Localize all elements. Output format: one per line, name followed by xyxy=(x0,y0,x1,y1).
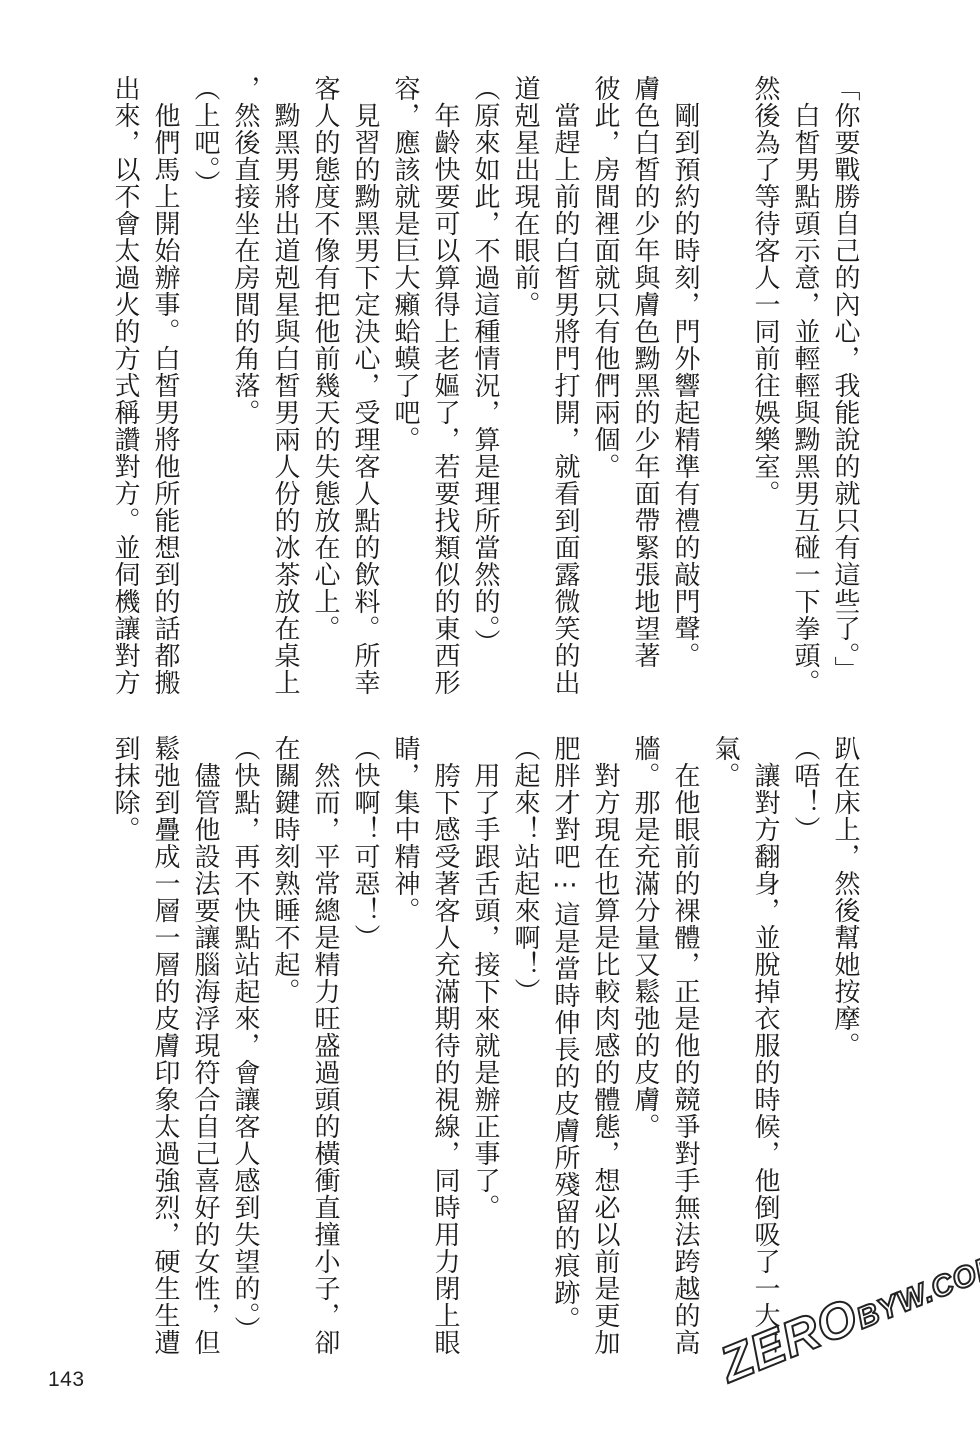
text-column: 客人的態度不像有把他前幾天的失態放在心上。 xyxy=(305,75,345,685)
text-column: （快點，再不快點站起來，會讓客人感到失望的。） xyxy=(225,735,265,1345)
text-column: 他們馬上開始辦事。白皙男將他所能想到的話都搬 xyxy=(145,75,185,685)
text-column: 白皙男點頭示意，並輕輕與黝黑男互碰一下拳頭。 xyxy=(785,75,825,685)
text-column: 牆。那是充滿分量又鬆弛的皮膚。 xyxy=(625,735,665,1345)
text-column: 用了手跟舌頭，接下來就是辦正事了。 xyxy=(465,735,505,1345)
novel-page: 「你要戰勝自己的內心，我能說的就只有這些了。」白皙男點頭示意，並輕輕與黝黑男互碰… xyxy=(0,0,980,1444)
text-column: 黝黑男將出道剋星與白皙男兩人份的冰茶放在桌上 xyxy=(265,75,305,685)
text-column: 儘管他設法要讓腦海浮現符合自己喜好的女性，但 xyxy=(185,735,225,1345)
text-column: 讓對方翻身，並脫掉衣服的時候，他倒吸了一大口 xyxy=(745,735,785,1345)
text-column: 容，應該就是巨大癩蛤蟆了吧。 xyxy=(385,75,425,685)
watermark-small-text: BYW.COM xyxy=(852,1248,980,1336)
text-column: 彼此，房間裡面就只有他們兩個。 xyxy=(585,75,625,685)
text-column: 睛，集中精神。 xyxy=(385,735,425,1345)
text-column: 在他眼前的裸體，正是他的競爭對手無法跨越的高 xyxy=(665,735,705,1345)
text-column: ，然後直接坐在房間的角落。 xyxy=(225,75,265,685)
text-column: 到抹除。 xyxy=(105,735,145,1345)
page-number: 143 xyxy=(48,1368,85,1392)
text-column: （原來如此，不過這種情況，算是理所當然的。） xyxy=(465,75,505,685)
text-column: 趴在床上，然後幫她按摩。 xyxy=(825,735,865,1345)
text-column: 然而，平常總是精力旺盛過頭的橫衝直撞小子，卻 xyxy=(305,735,345,1345)
text-column: 剛到預約的時刻，門外響起精準有禮的敲門聲。 xyxy=(665,75,705,685)
text-column: 膚色白皙的少年與膚色黝黑的少年面帶緊張地望著 xyxy=(625,75,665,685)
text-column: 鬆弛到疊成一層一層的皮膚印象太過強烈，硬生生遭 xyxy=(145,735,185,1345)
text-column: 胯下感受著客人充滿期待的視線，同時用力閉上眼 xyxy=(425,735,465,1345)
text-column: （唔！） xyxy=(785,735,825,1345)
text-column: 「你要戰勝自己的內心，我能說的就只有這些了。」 xyxy=(825,75,865,685)
text-column: 對方現在也算是比較肉感的體態，想必以前是更加 xyxy=(585,735,625,1345)
text-column: （上吧。） xyxy=(185,75,225,685)
text-column: 肥胖才對吧⋯這是當時伸長的皮膚所殘留的痕跡。 xyxy=(545,735,585,1345)
text-column: 氣。 xyxy=(705,735,745,1345)
text-column xyxy=(705,75,745,685)
top-text-block: 「你要戰勝自己的內心，我能說的就只有這些了。」白皙男點頭示意，並輕輕與黝黑男互碰… xyxy=(65,75,865,685)
text-column: （起來！站起來啊！） xyxy=(505,735,545,1345)
text-column: 年齡快要可以算得上老嫗了，若要找類似的東西形 xyxy=(425,75,465,685)
text-column: 在關鍵時刻熟睡不起。 xyxy=(265,735,305,1345)
text-column: 當趕上前的白皙男將門打開，就看到面露微笑的出 xyxy=(545,75,585,685)
bottom-text-block: 趴在床上，然後幫她按摩。（唔！）讓對方翻身，並脫掉衣服的時候，他倒吸了一大口氣。… xyxy=(65,735,865,1345)
text-column: 然後為了等待客人一同前往娛樂室。 xyxy=(745,75,785,685)
text-column: 見習的黝黑男下定決心，受理客人點的飲料。所幸 xyxy=(345,75,385,685)
text-column: （快啊！可惡！） xyxy=(345,735,385,1345)
text-column: 道剋星出現在眼前。 xyxy=(505,75,545,685)
text-column: 出來，以不會太過火的方式稱讚對方。並伺機讓對方 xyxy=(105,75,145,685)
